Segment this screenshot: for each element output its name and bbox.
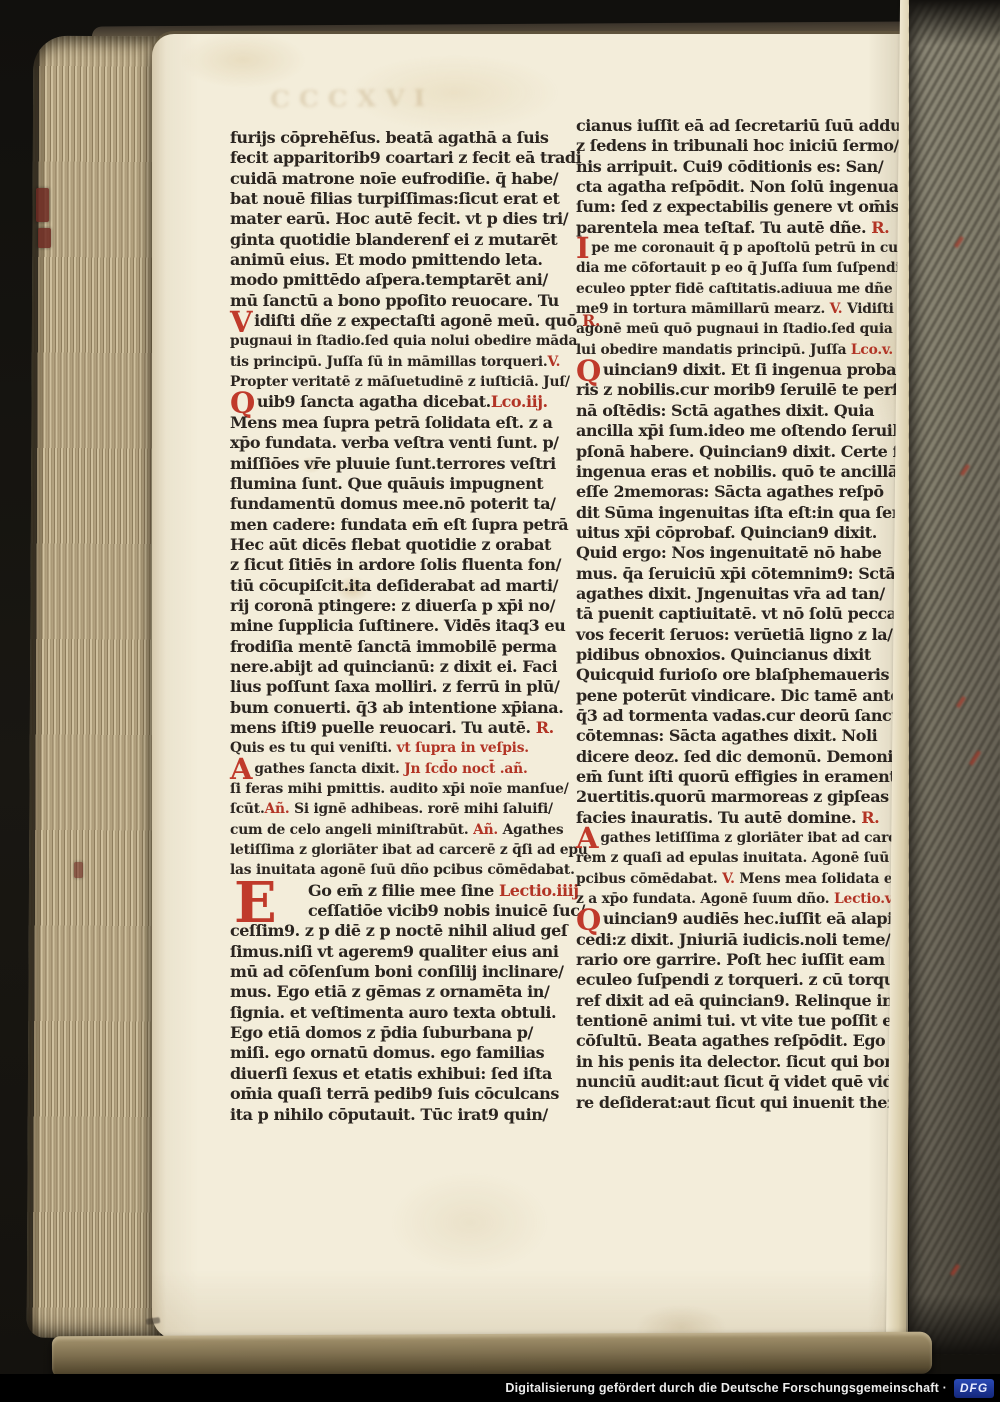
body-text: pcibus cōmēdabat. — [576, 871, 722, 887]
text-line: em̄ ſunt iſti quorū effigies in eramento — [576, 767, 912, 787]
dfg-logo: DFG — [954, 1379, 994, 1398]
body-text: pſonā habere. Quincian9 dixit. Certe ſi — [576, 442, 905, 461]
body-text: ginta quotidie blanderenf ei z mutarēt — [230, 230, 557, 249]
rubric-text: Añ. — [473, 822, 498, 838]
text-line: lius poſſunt ſaxa molliri. z ferrū in pl… — [230, 677, 566, 697]
text-line: Ipe me coronauit q̄ p apoſtolū petrū in … — [576, 238, 912, 258]
text-line: Quincian9 dixit. Et ſi ingenua proba/ — [576, 360, 912, 380]
body-text: Ego etiā domos z p̄dia ſuburbana p/ — [230, 1023, 533, 1042]
text-line: diuerſi ſexus et etatis exhibui: ſed iſt… — [230, 1064, 566, 1084]
text-line: rij coronā ptingere: z diuerſa p xp̄i no… — [230, 596, 566, 616]
body-text: bum conuerti. q̄3 ab intentione xp̄iana. — [230, 698, 563, 717]
body-text: fecit apparitorib9 coartari z fecit eā t… — [230, 148, 581, 167]
body-text: parentela mea teſtaf. Tu autē dñe. — [576, 218, 871, 237]
body-text: ingenua eras et nobilis. quō te ancillā — [576, 462, 898, 481]
text-column-right: cianus iuſſit eā ad ſecretariū ſuū adduc… — [576, 116, 912, 1113]
text-line: mū ad cōſenſum boni conſilij inclinare/ — [230, 962, 566, 982]
digitization-credit-text: Digitalisierung gefördert durch die Deut… — [505, 1381, 947, 1395]
adjacent-page-edge — [909, 0, 1000, 1354]
text-line: letiſſima z gloriāter ibat ad carcerē z … — [230, 840, 566, 860]
body-text: Propter veritatē z māſuetudinē z iuſtici… — [230, 374, 570, 390]
body-text: ceſſim9. z p diē z p noctē nihil aliud g… — [230, 921, 567, 940]
body-text: Agathes — [498, 822, 563, 838]
body-text: rij coronā ptingere: z diuerſa p xp̄i no… — [230, 596, 555, 615]
body-text: Mens mea ſupra petrā ſolidata eſt. z a — [230, 413, 552, 432]
text-line: Hec aūt dicēs flebat quotidie z orabat — [230, 535, 566, 555]
body-text: xp̄o fundata. verba veſtra venti ſunt. p… — [230, 433, 559, 452]
rubric-text: Jn ſcd̄o noct̄ .añ. — [404, 761, 527, 777]
text-line: eſſe 2memoras: Sācta agathes reſpō — [576, 482, 912, 502]
text-line: nunciū audit:aut ſicut q̄ videt quē vide — [576, 1072, 912, 1092]
text-line: ſum: ſed z expectabilis genere vt om̄is — [576, 197, 912, 217]
text-line: re deſiderat:aut ſicut qui inuenit theza… — [576, 1093, 912, 1113]
text-line: Quid ergo: Nos ingenuitatē nō habe — [576, 543, 912, 563]
text-line: Propter veritatē z māſuetudinē z iuſtici… — [230, 372, 566, 392]
rubric-text: Lectio.iiij — [499, 881, 579, 900]
body-text: mū ad cōſenſum boni conſilij inclinare/ — [230, 962, 564, 981]
body-text: z ſicut ſitiēs in ardore ſolis fluenta f… — [230, 555, 561, 574]
rubric-text: V. — [830, 301, 843, 317]
text-line: tis principū. Juſſa ſū in māmillas torqu… — [230, 352, 566, 372]
body-text: eſſe 2memoras: Sācta agathes reſpō — [576, 482, 884, 501]
text-line: agonē meū quō pugnaui in ſtadio.ſed quia… — [576, 319, 912, 339]
body-text: lius poſſunt ſaxa molliri. z ferrū in pl… — [230, 677, 559, 696]
body-text: cianus iuſſit eā ad ſecretariū ſuū adduc… — [576, 116, 916, 135]
text-line: pidibus obnoxios. Quincianus dixit — [576, 645, 912, 665]
digitization-footer-bar: Digitalisierung gefördert durch die Deut… — [0, 1374, 1000, 1402]
body-text: ancilla xp̄i ſum.ideo me oſtendo ſeruilē — [576, 421, 908, 440]
text-line: ſimus.niſi vt agerem9 qualiter eius ani — [230, 942, 566, 962]
text-line: Quis es tu qui veniſti. vt ſupra in veſp… — [230, 738, 566, 758]
body-text: ref dixit ad eā quincian9. Relinque in/ — [576, 991, 899, 1010]
fore-edge-tab — [36, 188, 49, 222]
body-text: nis arripuit. Cui9 cōditionis es: San/ — [576, 157, 883, 176]
body-text: ſcūt. — [230, 801, 265, 817]
text-line: ceſſim9. z p diē z p noctē nihil aliud g… — [230, 921, 566, 941]
text-line: rem z quaſi ad epulas inuitata. Agonē ſu… — [576, 848, 912, 868]
rubric-text: V. — [548, 354, 561, 370]
body-text: mus. q̄a ſeruiciū xp̄i cōtemnim9: Sctā — [576, 564, 895, 583]
body-text: Go em̄ z filie mee ſine — [308, 881, 499, 900]
rubric-text: Añ. — [265, 801, 290, 817]
body-text: mū ſanctū a bono ppoſito reuocare. Tu — [230, 291, 559, 310]
text-line: pſonā habere. Quincian9 dixit. Certe ſi — [576, 442, 912, 462]
body-text: miſi. ego ornatū domus. ego familias — [230, 1043, 544, 1062]
adjacent-page-text-blur — [909, 0, 1000, 1354]
text-line: tiū cōcupiſcit.ita deſiderabat ad marti/ — [230, 576, 566, 596]
text-line: EGo em̄ z filie mee ſine Lectio.iiij — [230, 881, 566, 901]
text-line: ceſſatiōe vicib9 nobis inuicē ſuc/ — [230, 901, 566, 921]
fore-edge-tab — [74, 862, 83, 878]
text-line: mine ſupplicia ſuſtinere. Vidēs itaq3 eu — [230, 616, 566, 636]
body-text: cuidā matrone noīe eufrodiſie. q̄ habe/ — [230, 169, 558, 188]
text-line: q̄3 ad tormenta vadas.cur deorū ſancta — [576, 706, 912, 726]
body-text: uitus xp̄i cōprobaf. Quincian9 dixit. — [576, 523, 877, 542]
body-text: q̄3 ad tormenta vadas.cur deorū ſancta — [576, 706, 908, 725]
rubric-text: R. — [871, 218, 889, 237]
folio-number-ghost: CCCXVI — [270, 84, 530, 113]
body-text: ita p nihilo cōputauit. Tūc irat9 quin/ — [230, 1105, 548, 1124]
body-text: pugnaui in ſtadio.ſed quia nolui obedire… — [230, 333, 577, 349]
body-text: ſi feras mihi pmittis. audito xp̄i noīe … — [230, 781, 569, 797]
body-text: 2uertitis.quorū marmoreas z gipſeas — [576, 787, 889, 806]
text-line: dicere deoz. ſed dic demonū. Demonia — [576, 747, 912, 767]
body-text: rario ore garrire. Poſt hec iuſſit eam i… — [576, 950, 907, 969]
text-line: eculeo ppter fidē caſtitatis.adiuua me d… — [576, 279, 912, 299]
body-text: Mens mea ſolidata eſt — [735, 871, 905, 887]
text-line: cedi:z dixit. Jniuriā iudicis.noli teme/ — [576, 930, 912, 950]
body-text: frodiſia mentē ſanctā immobilē perma — [230, 637, 557, 656]
body-text: cta agatha reſpōdit. Non ſolū ingenua — [576, 177, 899, 196]
text-line: pugnaui in ſtadio.ſed quia nolui obedire… — [230, 331, 566, 351]
margin-mark — [146, 1317, 161, 1325]
text-line: cta agatha reſpōdit. Non ſolū ingenua — [576, 177, 912, 197]
body-text: eculeo ſuſpendi z torqueri. z cū torque/ — [576, 970, 910, 989]
body-text: dit Sūma ingenuitas iſta eſt:in qua ſer — [576, 503, 900, 522]
rubric-text: R. — [536, 718, 554, 737]
text-line: animū eius. Et modo pmittendo leta. — [230, 250, 566, 270]
text-line: dit Sūma ingenuitas iſta eſt:in qua ſer — [576, 503, 912, 523]
body-text: rem z quaſi ad epulas inuitata. Agonē ſu… — [576, 850, 922, 866]
body-text: cōtemnas: Sācta agathes dixit. Noli — [576, 726, 877, 745]
body-text: idiſti dñe z expectaſti agonē meū. quō — [254, 311, 582, 330]
body-text: facies inauratis. Tu autē domine. — [576, 808, 861, 827]
text-line: in his penis ita delector. ſicut qui bon… — [576, 1052, 912, 1072]
text-line: me9 in tortura māmillarū mearz. V. Vidiſ… — [576, 299, 912, 319]
text-line: las inuitata agonē ſuū dño pcibus cōmēda… — [230, 860, 566, 880]
text-line: bat nouē filias turpiſſimas:ſicut erat e… — [230, 189, 566, 209]
text-line: vos fecerit ſeruos: verūetiā ligno z la/ — [576, 625, 912, 645]
book-scan-photo: CCCXVI furijs cōprehēſus. beatā agathā a… — [0, 0, 1000, 1402]
text-line: dia me cōfortauit p eo q̄ Juſſa ſum ſuſp… — [576, 258, 912, 278]
body-text: nere.abijt ad quincianū: z dixit ei. Fac… — [230, 657, 557, 676]
text-line: cum de celo angeli miniſtrabūt. Añ. Agat… — [230, 820, 566, 840]
body-text: ſum: ſed z expectabilis genere vt om̄is — [576, 197, 899, 216]
body-text: letiſſima z gloriāter ibat ad carcerē z … — [230, 842, 588, 858]
body-text: agonē meū quō pugnaui in ſtadio.ſed quia… — [576, 321, 921, 337]
body-text: furijs cōprehēſus. beatā agathā a ſuis — [230, 128, 548, 147]
body-text: mine ſupplicia ſuſtinere. Vidēs itaq3 eu — [230, 616, 565, 635]
body-text: Quis es tu qui veniſti. — [230, 740, 397, 756]
body-text: tis principū. Juſſa ſū in māmillas torqu… — [230, 354, 548, 370]
body-text: Quicquid furioſo ore blaſphemaueris — [576, 665, 889, 684]
body-text: tentionē animi tui. vt vite tue poſſit e… — [576, 1011, 915, 1030]
text-line: cianus iuſſit eā ad ſecretariū ſuū adduc… — [576, 116, 912, 136]
body-text: animū eius. Et modo pmittendo leta. — [230, 250, 543, 269]
body-text: dicere deoz. ſed dic demonū. Demonia — [576, 747, 903, 766]
text-line: bum conuerti. q̄3 ab intentione xp̄iana. — [230, 698, 566, 718]
body-text: gathes letiſſima z gloriāter ibat ad car… — [600, 830, 909, 846]
text-line: miſi. ego ornatū domus. ego familias — [230, 1043, 566, 1063]
text-line: facies inauratis. Tu autē domine. R. — [576, 808, 912, 828]
body-text: agathes dixit. Jngenuitas vr̄a ad tan/ — [576, 584, 885, 603]
body-text: z ſedens in tribunali hoc iniciū ſermo/ — [576, 136, 899, 155]
text-line: cuidā matrone noīe eufrodiſie. q̄ habe/ — [230, 169, 566, 189]
body-text: men cadere: fundata em̄ eſt ſupra petrā — [230, 515, 568, 534]
text-line: rario ore garrire. Poſt hec iuſſit eam i… — [576, 950, 912, 970]
body-text: diuerſi ſexus et etatis exhibui: ſed iſt… — [230, 1064, 552, 1083]
text-line: z a xp̄o fundata. Agonē ſuum dño. Lectio… — [576, 889, 912, 909]
body-text: miſſiōes vr̄e pluuie ſunt.terrores veſtr… — [230, 454, 556, 473]
body-text: pe me coronauit q̄ p apoſtolū petrū in c… — [591, 240, 923, 256]
body-text: uib9 ſancta agatha dicebat. — [257, 392, 491, 411]
body-text: pidibus obnoxios. Quincianus dixit — [576, 645, 871, 664]
body-text: mater earū. Hoc autē fecit. vt p dies tr… — [230, 209, 568, 228]
text-line: nere.abijt ad quincianū: z dixit ei. Fac… — [230, 657, 566, 677]
text-line: nā oſtēdis: Sctā agathes dixit. Quia — [576, 401, 912, 421]
text-line: z ſedens in tribunali hoc iniciū ſermo/ — [576, 136, 912, 156]
body-text: modo pmittēdo aſpera.temptarēt ani/ — [230, 270, 548, 289]
text-line: ref dixit ad eā quincian9. Relinque in/ — [576, 991, 912, 1011]
text-line: ris z nobilis.cur morib9 ſeruilē te perſ… — [576, 380, 912, 400]
text-line: parentela mea teſtaf. Tu autē dñe. R. — [576, 218, 912, 238]
text-line: tā puenit captiuitatē. vt nō ſolū peccat… — [576, 604, 912, 624]
body-text: eculeo ppter fidē caſtitatis.adiuua me d… — [576, 281, 924, 297]
text-line: cōtemnas: Sācta agathes dixit. Noli — [576, 726, 912, 746]
text-line: Agathes ſancta dixit. Jn ſcd̄o noct̄ .añ… — [230, 759, 566, 779]
body-text: dia me cōfortauit p eo q̄ Juſſa ſum ſuſp… — [576, 260, 920, 276]
body-text: bat nouē filias turpiſſimas:ſicut erat e… — [230, 189, 559, 208]
body-text: tiū cōcupiſcit.ita deſiderabat ad marti/ — [230, 576, 558, 595]
text-line: xp̄o fundata. verba veſtra venti ſunt. p… — [230, 433, 566, 453]
text-line: z ſicut ſitiēs in ardore ſolis fluenta f… — [230, 555, 566, 575]
body-text: flumina ſunt. Que quāuis impugnent — [230, 474, 543, 493]
body-text: re deſiderat:aut ſicut qui inuenit theza… — [576, 1093, 917, 1112]
text-line: Quib9 ſancta agatha dicebat.Lco.iij. — [230, 392, 566, 412]
rubric-text: Lco.iij. — [491, 392, 548, 411]
text-line: ancilla xp̄i ſum.ideo me oſtendo ſeruilē — [576, 421, 912, 441]
body-text: ris z nobilis.cur morib9 ſeruilē te perſ… — [576, 380, 909, 399]
text-line: Quicquid furioſo ore blaſphemaueris — [576, 665, 912, 685]
body-text: ceſſatiōe vicib9 nobis inuicē ſuc/ — [308, 901, 585, 920]
rubric-text: Lectio.vj — [834, 891, 897, 907]
text-line: lui obedire mandatis principū. Juſſa Lco… — [576, 340, 912, 360]
body-text: fundamentū domus mee.nō poterit ta/ — [230, 494, 556, 513]
body-text: Hec aūt dicēs flebat quotidie z orabat — [230, 535, 551, 554]
text-line: nis arripuit. Cui9 cōditionis es: San/ — [576, 157, 912, 177]
text-line: Quincian9 audiēs hec.iuſſit eā alapis — [576, 909, 912, 929]
text-line: fecit apparitorib9 coartari z fecit eā t… — [230, 148, 566, 168]
rubric-text: R. — [861, 808, 879, 827]
text-line: mus. Ego etiā z gēmas z ornamēta in/ — [230, 982, 566, 1002]
body-text: tā puenit captiuitatē. vt nō ſolū peccat… — [576, 604, 909, 623]
manuscript-page: CCCXVI furijs cōprehēſus. beatā agathā a… — [152, 34, 908, 1340]
rubric-text: Lco.v. — [851, 342, 893, 358]
text-line: pene poterūt vindicare. Dic tamē ante/ — [576, 686, 912, 706]
body-text: Quid ergo: Nos ingenuitatē nō habe — [576, 543, 882, 562]
text-line: mū ſanctū a bono ppoſito reuocare. Tu — [230, 291, 566, 311]
text-line: mus. q̄a ſeruiciū xp̄i cōtemnim9: Sctā — [576, 564, 912, 584]
body-text: uincian9 dixit. Et ſi ingenua proba/ — [603, 360, 902, 379]
text-line: ſi feras mihi pmittis. audito xp̄i noīe … — [230, 779, 566, 799]
body-text: mens iſti9 puelle reuocari. Tu autē. — [230, 718, 536, 737]
gutter-shadow — [909, 0, 1000, 46]
body-text: em̄ ſunt iſti quorū effigies in eramento — [576, 767, 906, 786]
text-line: Vidiſti dñe z expectaſti agonē meū. quō … — [230, 311, 566, 331]
text-line: agathes dixit. Jngenuitas vr̄a ad tan/ — [576, 584, 912, 604]
text-line: Agathes letiſſima z gloriāter ibat ad ca… — [576, 828, 912, 848]
body-text: mus. Ego etiā z gēmas z ornamēta in/ — [230, 982, 549, 1001]
body-text: ſimus.niſi vt agerem9 qualiter eius ani — [230, 942, 559, 961]
body-text: in his penis ita delector. ſicut qui bon… — [576, 1052, 907, 1071]
text-line: ita p nihilo cōputauit. Tūc irat9 quin/ — [230, 1105, 566, 1125]
rubric-text: vt ſupra in veſpis. — [397, 740, 529, 756]
body-text: pene poterūt vindicare. Dic tamē ante/ — [576, 686, 905, 705]
text-line: pcibus cōmēdabat. V. Mens mea ſolidata e… — [576, 869, 912, 889]
text-line: mens iſti9 puelle reuocari. Tu autē. R. — [230, 718, 566, 738]
text-line: men cadere: fundata em̄ eſt ſupra petrā — [230, 515, 566, 535]
body-text: Si ignē adhibeas. rorē mihi ſaluifi/ — [290, 801, 553, 817]
text-line: miſſiōes vr̄e pluuie ſunt.terrores veſtr… — [230, 454, 566, 474]
text-line: frodiſia mentē ſanctā immobilē perma — [230, 637, 566, 657]
text-line: ingenua eras et nobilis. quō te ancillā — [576, 462, 912, 482]
body-text: uincian9 audiēs hec.iuſſit eā alapis — [603, 909, 902, 928]
body-text: lui obedire mandatis principū. Juſſa — [576, 342, 851, 358]
text-line: flumina ſunt. Que quāuis impugnent — [230, 474, 566, 494]
body-text: cum de celo angeli miniſtrabūt. — [230, 822, 473, 838]
rubric-text: V. — [722, 871, 735, 887]
text-line: ſignia. et veſtimenta auro texta obtuli. — [230, 1003, 566, 1023]
text-line: om̄ia quaſi terrā pedib9 ſuis cōculcans — [230, 1084, 566, 1104]
text-column-left: furijs cōprehēſus. beatā agathā a ſuisfe… — [230, 128, 566, 1125]
book-cover-bottom-edge — [52, 1332, 932, 1379]
body-text: z a xp̄o fundata. Agonē ſuum dño. — [576, 891, 834, 907]
text-line: ſcūt.Añ. Si ignē adhibeas. rorē mihi ſal… — [230, 799, 566, 819]
body-text: las inuitata agonē ſuū dño pcibus cōmēda… — [230, 862, 575, 878]
text-line: 2uertitis.quorū marmoreas z gipſeas — [576, 787, 912, 807]
body-text: gathes ſancta dixit. — [254, 761, 404, 777]
text-line: fundamentū domus mee.nō poterit ta/ — [230, 494, 566, 514]
body-text: me9 in tortura māmillarū mearz. — [576, 301, 830, 317]
body-text: ſignia. et veſtimenta auro texta obtuli. — [230, 1003, 556, 1022]
text-line: eculeo ſuſpendi z torqueri. z cū torque/ — [576, 970, 912, 990]
body-text: vos fecerit ſeruos: verūetiā ligno z la/ — [576, 625, 893, 644]
body-text: nā oſtēdis: Sctā agathes dixit. Quia — [576, 401, 874, 420]
body-text: cedi:z dixit. Jniuriā iudicis.noli teme/ — [576, 930, 890, 949]
fore-edge-tab — [38, 228, 51, 248]
text-line: mater earū. Hoc autē fecit. vt p dies tr… — [230, 209, 566, 229]
body-text: cōſultū. Beata agathes reſpōdit. Ego — [576, 1031, 885, 1050]
text-line: furijs cōprehēſus. beatā agathā a ſuis — [230, 128, 566, 148]
body-text: om̄ia quaſi terrā pedib9 ſuis cōculcans — [230, 1084, 559, 1103]
text-line: Mens mea ſupra petrā ſolidata eſt. z a — [230, 413, 566, 433]
text-line: ginta quotidie blanderenf ei z mutarēt — [230, 230, 566, 250]
text-line: modo pmittēdo aſpera.temptarēt ani/ — [230, 270, 566, 290]
text-line: uitus xp̄i cōprobaf. Quincian9 dixit. — [576, 523, 912, 543]
text-line: Ego etiā domos z p̄dia ſuburbana p/ — [230, 1023, 566, 1043]
text-line: tentionē animi tui. vt vite tue poſſit e… — [576, 1011, 912, 1031]
text-line: cōſultū. Beata agathes reſpōdit. Ego — [576, 1031, 912, 1051]
body-text: nunciū audit:aut ſicut q̄ videt quē vide — [576, 1072, 903, 1091]
